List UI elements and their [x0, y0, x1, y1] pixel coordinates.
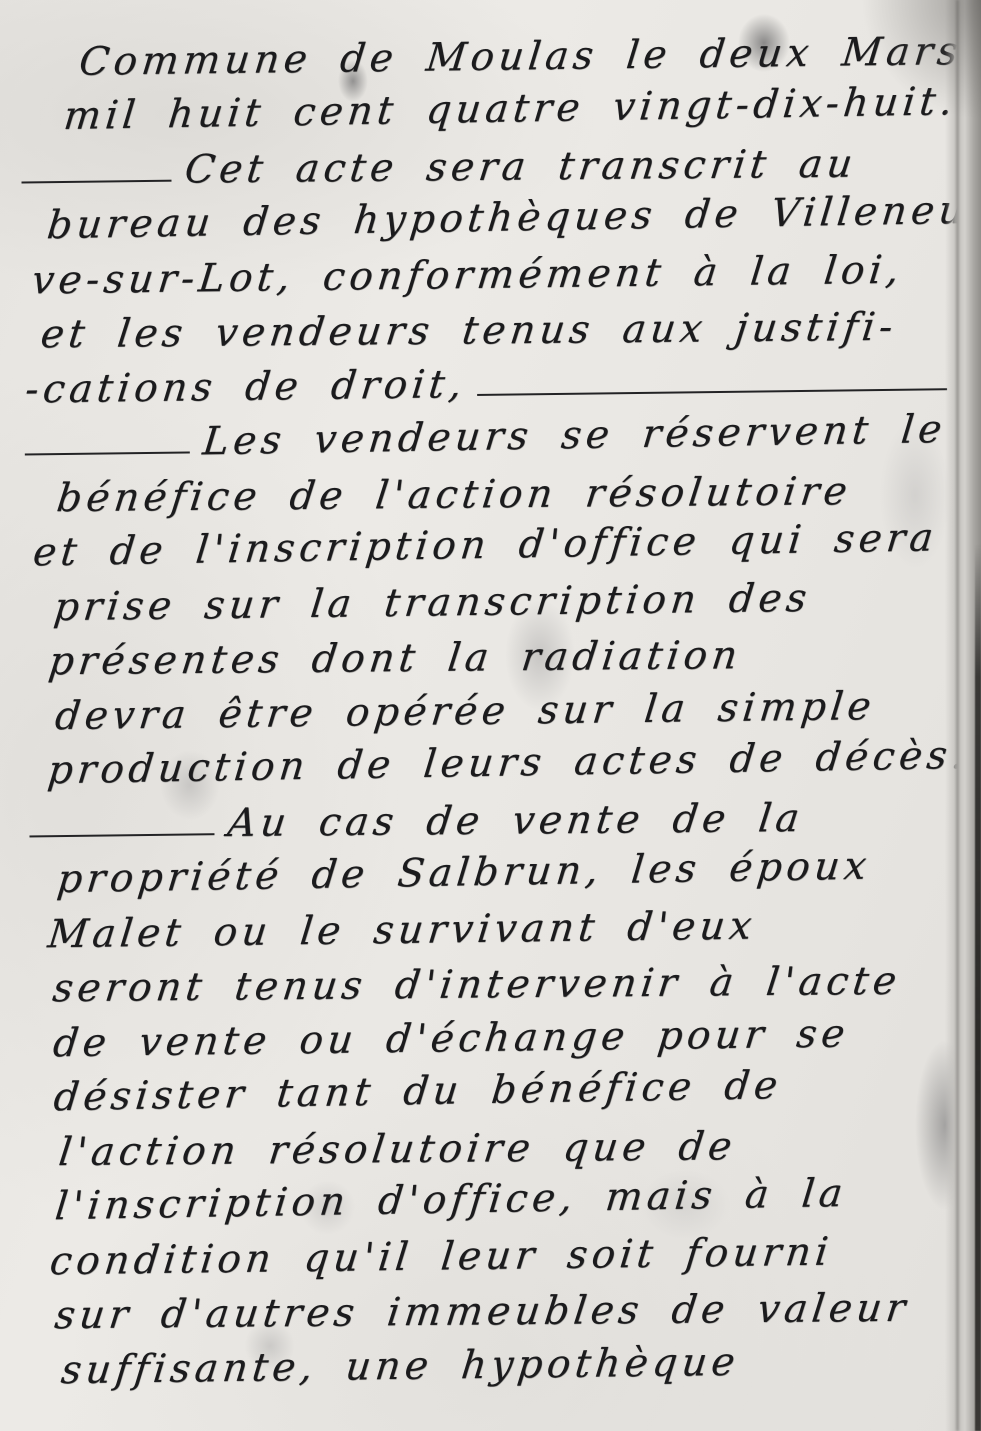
handwriting-line: prise sur la transcription des [0, 569, 950, 635]
scanned-manuscript-document: { "document": { "language": "French", "i… [0, 0, 981, 1431]
paragraph-lead-dash [29, 833, 214, 837]
handwriting-text: présentes dont la radiation [46, 629, 745, 689]
handwriting-text: ve-sur-Lot, conformément à la loi, [29, 243, 906, 308]
handwriting-text: condition qu'il leur soit fourni [47, 1225, 835, 1289]
handwriting-text: Les vendeurs se réservent le [200, 403, 949, 469]
handwriting-line: suffisante, une hypothèque [8, 1332, 960, 1398]
handwriting-line: et les vendeurs tenus aux justifi- [0, 297, 947, 363]
line-filler-stroke [477, 388, 947, 396]
page-edge-crease [956, 0, 959, 1431]
handwriting-text: et les vendeurs tenus aux justifi- [38, 301, 900, 363]
handwriting-line: condition qu'il leur soit fourni [6, 1223, 958, 1289]
handwriting-text: prise sur la transcription des [51, 571, 814, 634]
handwriting-text: seront tenus d'intervenir à l'acte [50, 955, 904, 1016]
handwriting-text: -cations de droit, [22, 358, 468, 417]
handwriting-text: sur d'autres immeubles de valeur [52, 1282, 913, 1344]
handwriting-text: suffisante, une hypothèque [58, 1335, 742, 1397]
handwriting-line: sur d'autres immeubles de valeur [7, 1278, 959, 1344]
paragraph-lead-dash [25, 451, 190, 455]
paragraph-lead-dash [21, 179, 171, 183]
scan-edge-shadow [975, 544, 981, 1431]
handwriting-line: seront tenus d'intervenir à l'acte [3, 951, 955, 1017]
handwriting-text: désister tant du bénéfice de [51, 1059, 784, 1125]
handwriting-text: Malet ou le survivant d'eux [45, 899, 759, 962]
corner-shadow [861, 0, 981, 120]
handwriting-line: ve-sur-Lot, conformément à la loi, [0, 242, 946, 308]
handwriting-line: de vente ou d'échange pour se [4, 1005, 956, 1071]
manuscript-page: Commune de Moulas le deux Marsmil huit c… [0, 24, 959, 1398]
